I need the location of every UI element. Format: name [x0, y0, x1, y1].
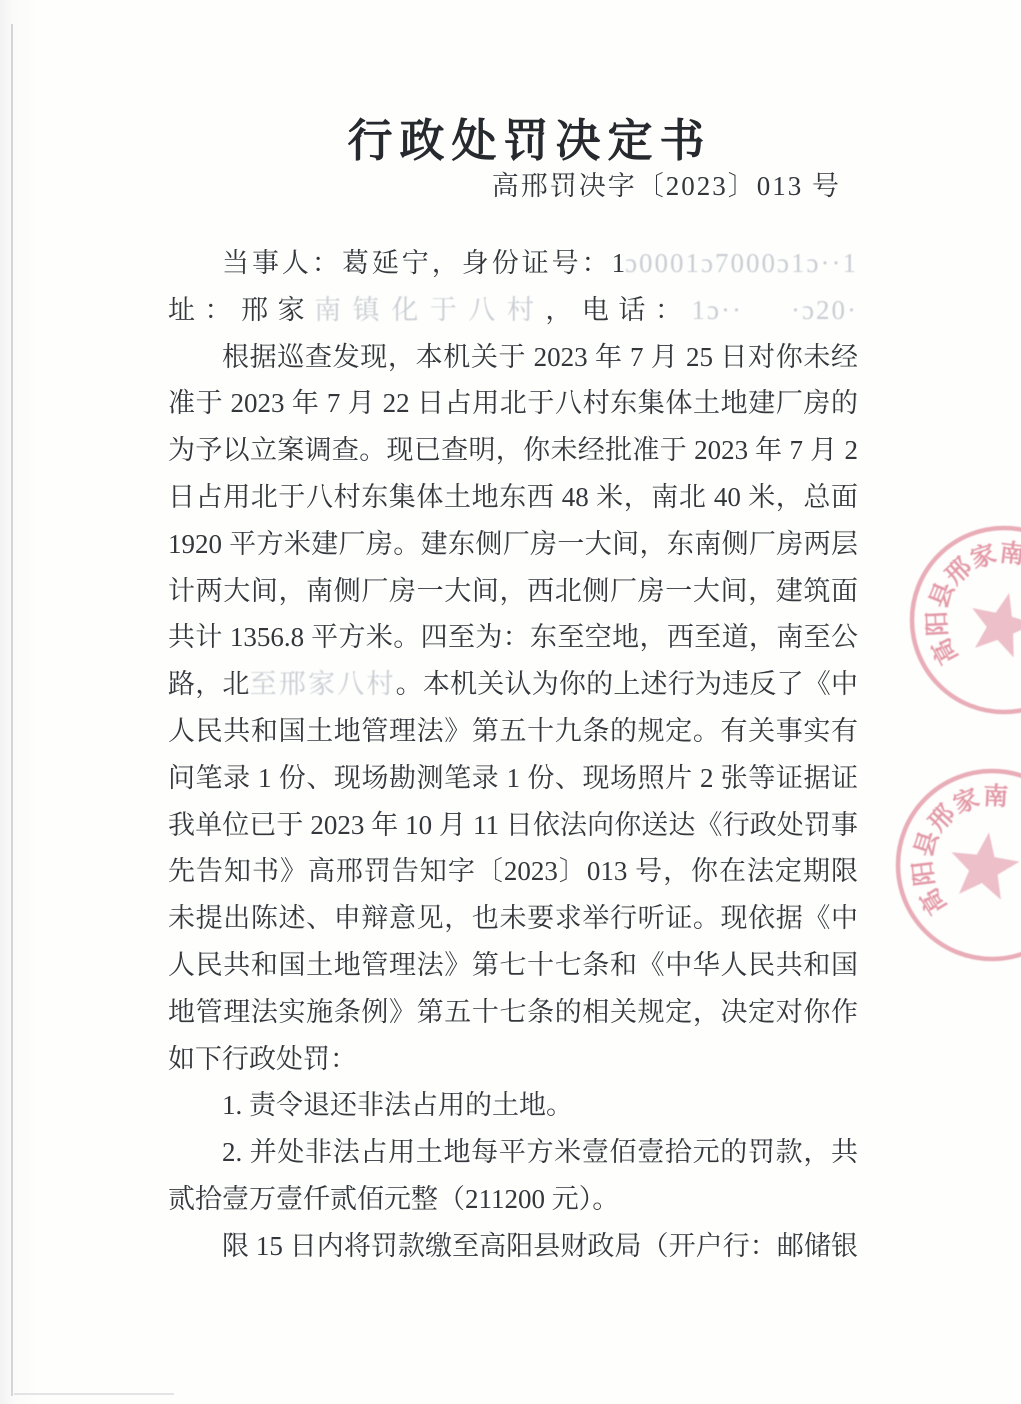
faint-redacted-text: 至邢家八村: [250, 669, 396, 699]
text-segment: 贰拾壹万壹仟贰佰元整（211200 元）。: [168, 1184, 619, 1214]
text-segment: ，电话：: [545, 295, 691, 325]
text-line: 贰拾壹万壹仟贰佰元整（211200 元）。: [168, 1176, 858, 1223]
seal-text-char: 阳: [909, 859, 940, 887]
text-line: 1. 责令退还非法占用的土地。: [168, 1082, 858, 1129]
text-segment: 计两大间，南侧厂房一大间，西北侧厂房一大间，建筑面积: [168, 576, 858, 615]
text-segment: 地管理法实施条例》第五十七条的相关规定，决定对你作出: [168, 997, 858, 1036]
text-line: 日占用北于八村东集体土地东西 48 米，南北 40 米，总面积: [168, 474, 858, 521]
text-line: 如下行政处罚：: [168, 1036, 858, 1083]
faint-redacted-text: 1ɔ·· ·ɔ20·: [692, 295, 859, 325]
document-body: 当事人：葛延宁，身份证号：1ɔ0001ɔ7000ɔ1ɔ··1ɔ，住址：邢家南镇化…: [168, 240, 858, 1270]
page-title: 行政处罚决定书: [0, 104, 1021, 169]
text-line: 人民共和国土地管理法》第五十九条的规定。有关事实有询: [168, 708, 858, 755]
document-number: 高邢罚决字〔2023〕013 号: [492, 164, 841, 203]
text-segment: 为予以立案调查。现已查明，你未经批准于 2023 年 7 月 22: [168, 435, 858, 474]
seal-text-char: 高: [915, 883, 953, 920]
text-segment: 未提出陈述、申辩意见，也未要求举行听证。现依据《中华: [168, 903, 858, 942]
text-line: 限 15 日内将罚款缴至高阳县财政局（开户行：邮储银: [168, 1223, 858, 1270]
text-segment: 人民共和国土地管理法》第七十七条和《中华人民共和国土: [168, 950, 858, 989]
scan-edge-left: [11, 24, 13, 1396]
text-line: 共计 1356.8 平方米。四至为：东至空地，西至道，南至公: [168, 614, 858, 661]
seal-text-char: 南: [998, 539, 1021, 570]
text-line: 未提出陈述、申辩意见，也未要求举行听证。现依据《中华: [168, 895, 858, 942]
text-line: 路，北至邢家八村。本机关认为你的上述行为违反了《中华: [168, 661, 858, 708]
text-segment: 址：邢家: [168, 295, 314, 325]
red-star-icon: [972, 593, 1021, 658]
text-segment: 根据巡查发现，本机关于 2023 年 7 月 25 日对你未经批: [222, 342, 858, 381]
text-segment: 限 15 日内将罚款缴至高阳县财政局（开户行：邮储银: [222, 1231, 858, 1261]
text-segment: 先告知书》高邢罚告知字〔2023〕013 号，你在法定期限内: [168, 856, 858, 895]
scanned-document-page: 行政处罚决定书 高邢罚决字〔2023〕013 号 当事人：葛延宁，身份证号：1ɔ…: [0, 0, 1021, 1404]
text-segment: 问笔录 1 份、现场勘测笔录 1 份、现场照片 2 张等证据证明。: [168, 763, 858, 802]
text-segment: 日占用北于八村东集体土地东西 48 米，南北 40 米，总面积: [168, 482, 858, 521]
text-segment: 共计 1356.8 平方米。四至为：东至空地，西至道，南至公: [168, 622, 858, 652]
text-line: 为予以立案调查。现已查明，你未经批准于 2023 年 7 月 22: [168, 427, 858, 474]
text-line: 我单位已于 2023 年 10 月 11 日依法向你送达《行政处罚事: [168, 802, 858, 849]
text-segment: 如下行政处罚：: [168, 1044, 357, 1074]
text-segment: 路，北: [168, 669, 250, 699]
text-line: 址：邢家南镇化于八村，电话：1ɔ·· ·ɔ20·: [168, 287, 858, 334]
faint-redacted-text: 南镇化于八村: [314, 295, 545, 325]
text-line: 问笔录 1 份、现场勘测笔录 1 份、现场照片 2 张等证据证明。: [168, 755, 858, 802]
text-segment: 人民共和国土地管理法》第五十九条的规定。有关事实有询: [168, 716, 858, 755]
text-line: 地管理法实施条例》第五十七条的相关规定，决定对你作出: [168, 989, 858, 1036]
text-line: 人民共和国土地管理法》第七十七条和《中华人民共和国土: [168, 942, 858, 989]
text-segment: 2. 并处非法占用土地每平方米壹佰壹拾元的罚款，共计: [222, 1137, 858, 1176]
seal-text-char: 高: [926, 634, 963, 670]
text-segment: 1. 责令退还非法占用的土地。: [222, 1090, 573, 1120]
text-segment: 当事人：葛延宁，身份证号：1: [222, 248, 625, 278]
seal-text-char: 南: [982, 782, 1008, 811]
text-line: 计两大间，南侧厂房一大间，西北侧厂房一大间，建筑面积: [168, 568, 858, 615]
text-line: 根据巡查发现，本机关于 2023 年 7 月 25 日对你未经批: [168, 334, 858, 381]
text-segment: 1920 平方米建厂房。建东侧厂房一大间，东南侧厂房两层共: [168, 529, 858, 568]
official-seal-top: 高阳县邢家南: [889, 505, 1021, 735]
text-line: 准于 2023 年 7 月 22 日占用北于八村东集体土地建厂房的行: [168, 380, 858, 427]
text-line: 先告知书》高邢罚告知字〔2023〕013 号，你在法定期限内: [168, 848, 858, 895]
red-star-icon: [952, 832, 1020, 899]
text-segment: 准于 2023 年 7 月 22 日占用北于八村东集体土地建厂房的行: [168, 388, 858, 427]
official-seal-bottom: 高阳县邢家南: [874, 747, 1021, 983]
text-line: 当事人：葛延宁，身份证号：1ɔ0001ɔ7000ɔ1ɔ··1ɔ，住: [168, 240, 858, 287]
text-segment: 我单位已于 2023 年 10 月 11 日依法向你送达《行政处罚事: [168, 810, 858, 840]
scan-edge-bottom: [14, 1393, 174, 1395]
seal-text-char: 阳: [923, 610, 952, 636]
text-line: 2. 并处非法占用土地每平方米壹佰壹拾元的罚款，共计: [168, 1129, 858, 1176]
text-line: 1920 平方米建厂房。建东侧厂房一大间，东南侧厂房两层共: [168, 521, 858, 568]
